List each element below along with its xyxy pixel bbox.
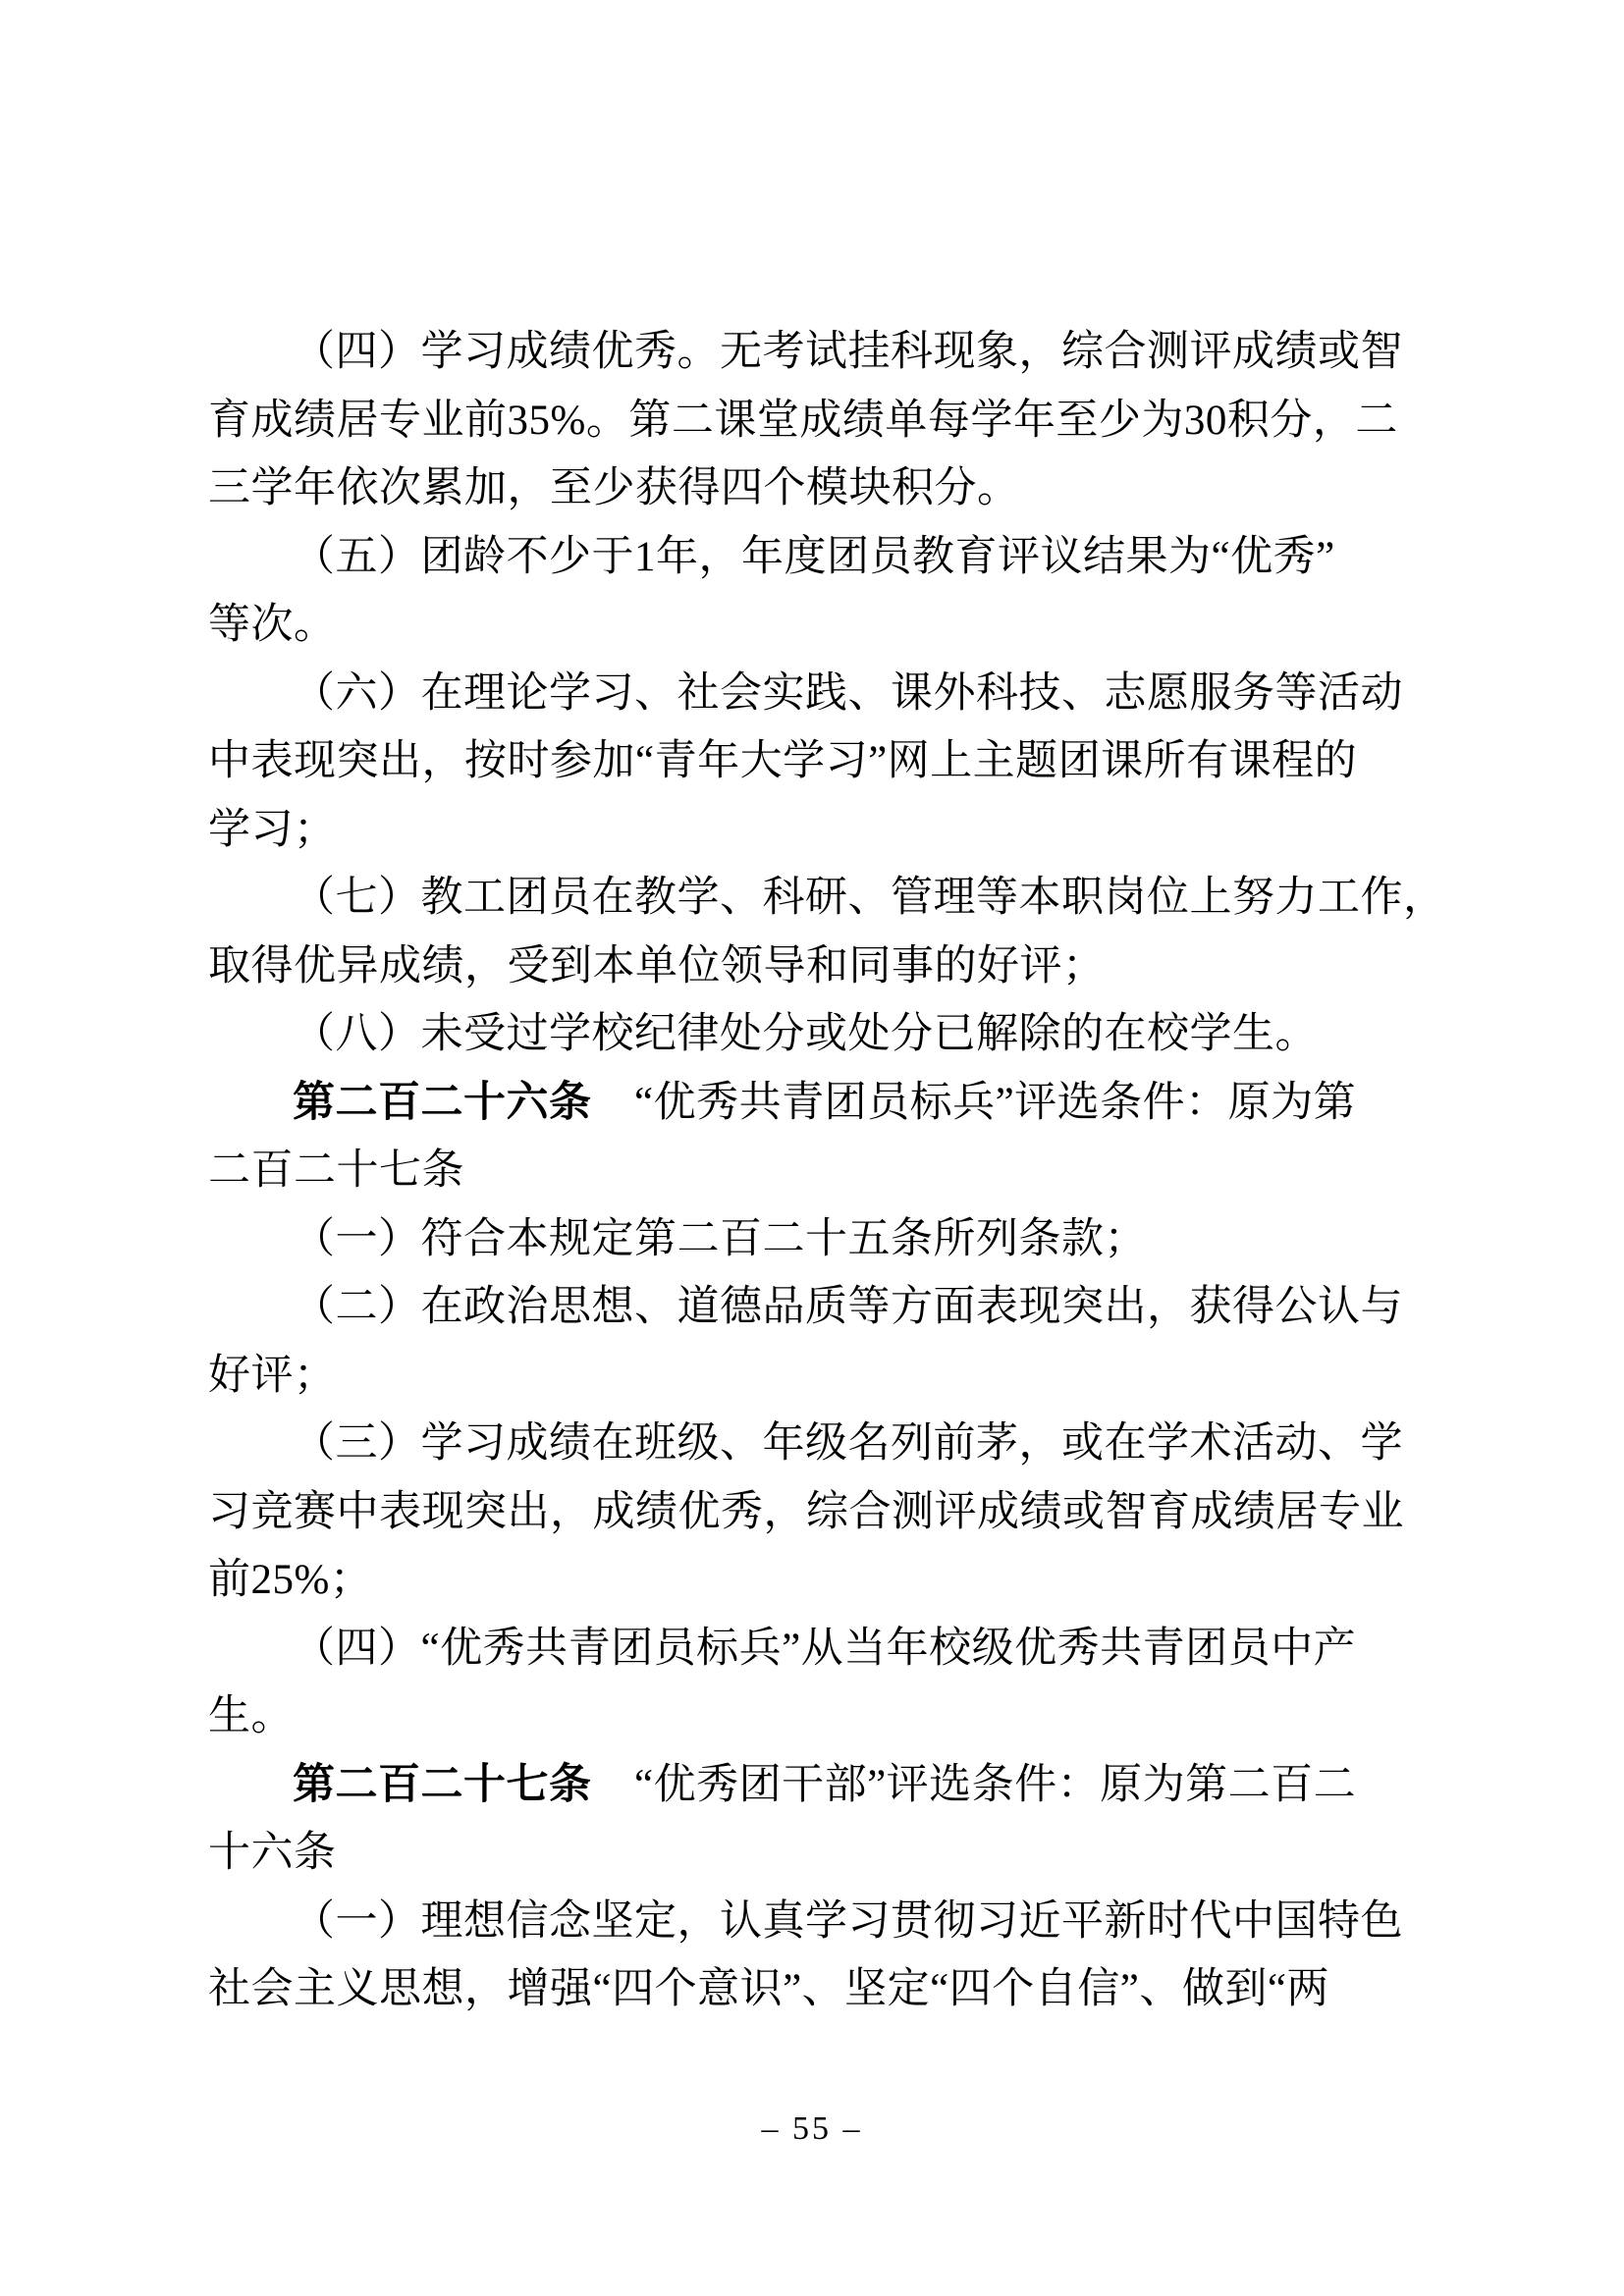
document-page: （四）学习成绩优秀。无考试挂科现象，综合测评成绩或智育成绩居专业前35%。第二课… <box>0 0 1624 2296</box>
text-line: （三）学习成绩在班级、年级名列前茅，或在学术活动、学 <box>208 1410 1435 1478</box>
document-body: （四）学习成绩优秀。无考试挂科现象，综合测评成绩或智育成绩居专业前35%。第二课… <box>208 318 1435 2024</box>
body-text: （八）未受过学校纪律处分或处分已解除的在校学生。 <box>293 1011 1318 1057</box>
body-text: （六）在理论学习、社会实践、课外科技、志愿服务等活动 <box>293 670 1403 717</box>
body-text: （一）理想信念坚定，认真学习贯彻习近平新时代中国特色 <box>293 1898 1403 1945</box>
body-text: 育成绩居专业前35%。第二课堂成绩单每学年至少为30积分，二 <box>208 398 1398 444</box>
text-line: 二百二十七条 <box>208 1137 1435 1205</box>
body-text: 十六条 <box>208 1830 337 1876</box>
body-text: 等次。 <box>208 602 337 648</box>
text-line: 学习； <box>208 796 1435 865</box>
text-line: 好评； <box>208 1342 1435 1411</box>
text-line: 等次。 <box>208 591 1435 660</box>
body-text: 取得优异成绩，受到本单位领导和同事的好评； <box>208 943 1106 989</box>
text-line: （六）在理论学习、社会实践、课外科技、志愿服务等活动 <box>208 660 1435 728</box>
body-text: 前25%； <box>208 1557 372 1603</box>
text-line: （一）理想信念坚定，认真学习贯彻习近平新时代中国特色 <box>208 1888 1435 1956</box>
article-heading-text: 第二百二十七条 <box>293 1762 592 1808</box>
text-line: 育成绩居专业前35%。第二课堂成绩单每学年至少为30积分，二 <box>208 387 1435 455</box>
text-line: （四）学习成绩优秀。无考试挂科现象，综合测评成绩或智 <box>208 318 1435 387</box>
text-line: （七）教工团员在教学、科研、管理等本职岗位上努力工作， <box>208 864 1435 933</box>
text-line: （一）符合本规定第二百二十五条所列条款； <box>208 1205 1435 1274</box>
text-line: 习竞赛中表现突出，成绩优秀，综合测评成绩或智育成绩居专业 <box>208 1478 1435 1547</box>
text-line: 前25%； <box>208 1546 1435 1615</box>
body-text: （四）学习成绩优秀。无考试挂科现象，综合测评成绩或智 <box>293 329 1403 375</box>
body-text: 三学年依次累加，至少获得四个模块积分。 <box>208 465 1020 511</box>
text-line: 生。 <box>208 1682 1435 1751</box>
body-text: 生。 <box>208 1693 294 1739</box>
body-text: “优秀共青团员标兵”评选条件：原为第 <box>592 1080 1357 1126</box>
body-text: 社会主义思想，增强“四个意识”、坚定“四个自信”、做到“两 <box>208 1966 1329 2012</box>
body-text: 学习； <box>208 807 337 853</box>
text-line: （四）“优秀共青团员标兵”从当年校级优秀共青团员中产 <box>208 1615 1435 1683</box>
text-line: 取得优异成绩，受到本单位领导和同事的好评； <box>208 933 1435 1001</box>
text-line: 三学年依次累加，至少获得四个模块积分。 <box>208 454 1435 523</box>
body-text: （三）学习成绩在班级、年级名列前茅，或在学术活动、学 <box>293 1420 1403 1467</box>
text-line: 十六条 <box>208 1819 1435 1888</box>
text-line: 第二百二十七条 “优秀团干部”评选条件：原为第二百二 <box>208 1751 1435 1820</box>
text-line: （二）在政治思想、道德品质等方面表现突出，获得公认与 <box>208 1273 1435 1342</box>
article-heading-text: 第二百二十六条 <box>293 1080 592 1126</box>
body-text: （七）教工团员在教学、科研、管理等本职岗位上努力工作， <box>293 875 1446 921</box>
text-line: （五）团龄不少于1年，年度团员教育评议结果为“优秀” <box>208 523 1435 592</box>
body-text: （二）在政治思想、道德品质等方面表现突出，获得公认与 <box>293 1284 1403 1330</box>
body-text: （四）“优秀共青团员标兵”从当年校级优秀共青团员中产 <box>293 1626 1356 1672</box>
body-text: （一）符合本规定第二百二十五条所列条款； <box>293 1216 1147 1262</box>
text-line: 中表现突出，按时参加“青年大学习”网上主题团课所有课程的 <box>208 727 1435 796</box>
page-number: – 55 – <box>0 2110 1624 2148</box>
text-line: （八）未受过学校纪律处分或处分已解除的在校学生。 <box>208 1000 1435 1069</box>
text-line: 第二百二十六条 “优秀共青团员标兵”评选条件：原为第 <box>208 1069 1435 1138</box>
body-text: “优秀团干部”评选条件：原为第二百二 <box>592 1762 1357 1808</box>
body-text: 二百二十七条 <box>208 1148 464 1194</box>
text-line: 社会主义思想，增强“四个意识”、坚定“四个自信”、做到“两 <box>208 1955 1435 2024</box>
body-text: （五）团龄不少于1年，年度团员教育评议结果为“优秀” <box>293 534 1335 580</box>
body-text: 中表现突出，按时参加“青年大学习”网上主题团课所有课程的 <box>208 738 1357 784</box>
body-text: 习竞赛中表现突出，成绩优秀，综合测评成绩或智育成绩居专业 <box>208 1489 1404 1535</box>
body-text: 好评； <box>208 1353 337 1399</box>
